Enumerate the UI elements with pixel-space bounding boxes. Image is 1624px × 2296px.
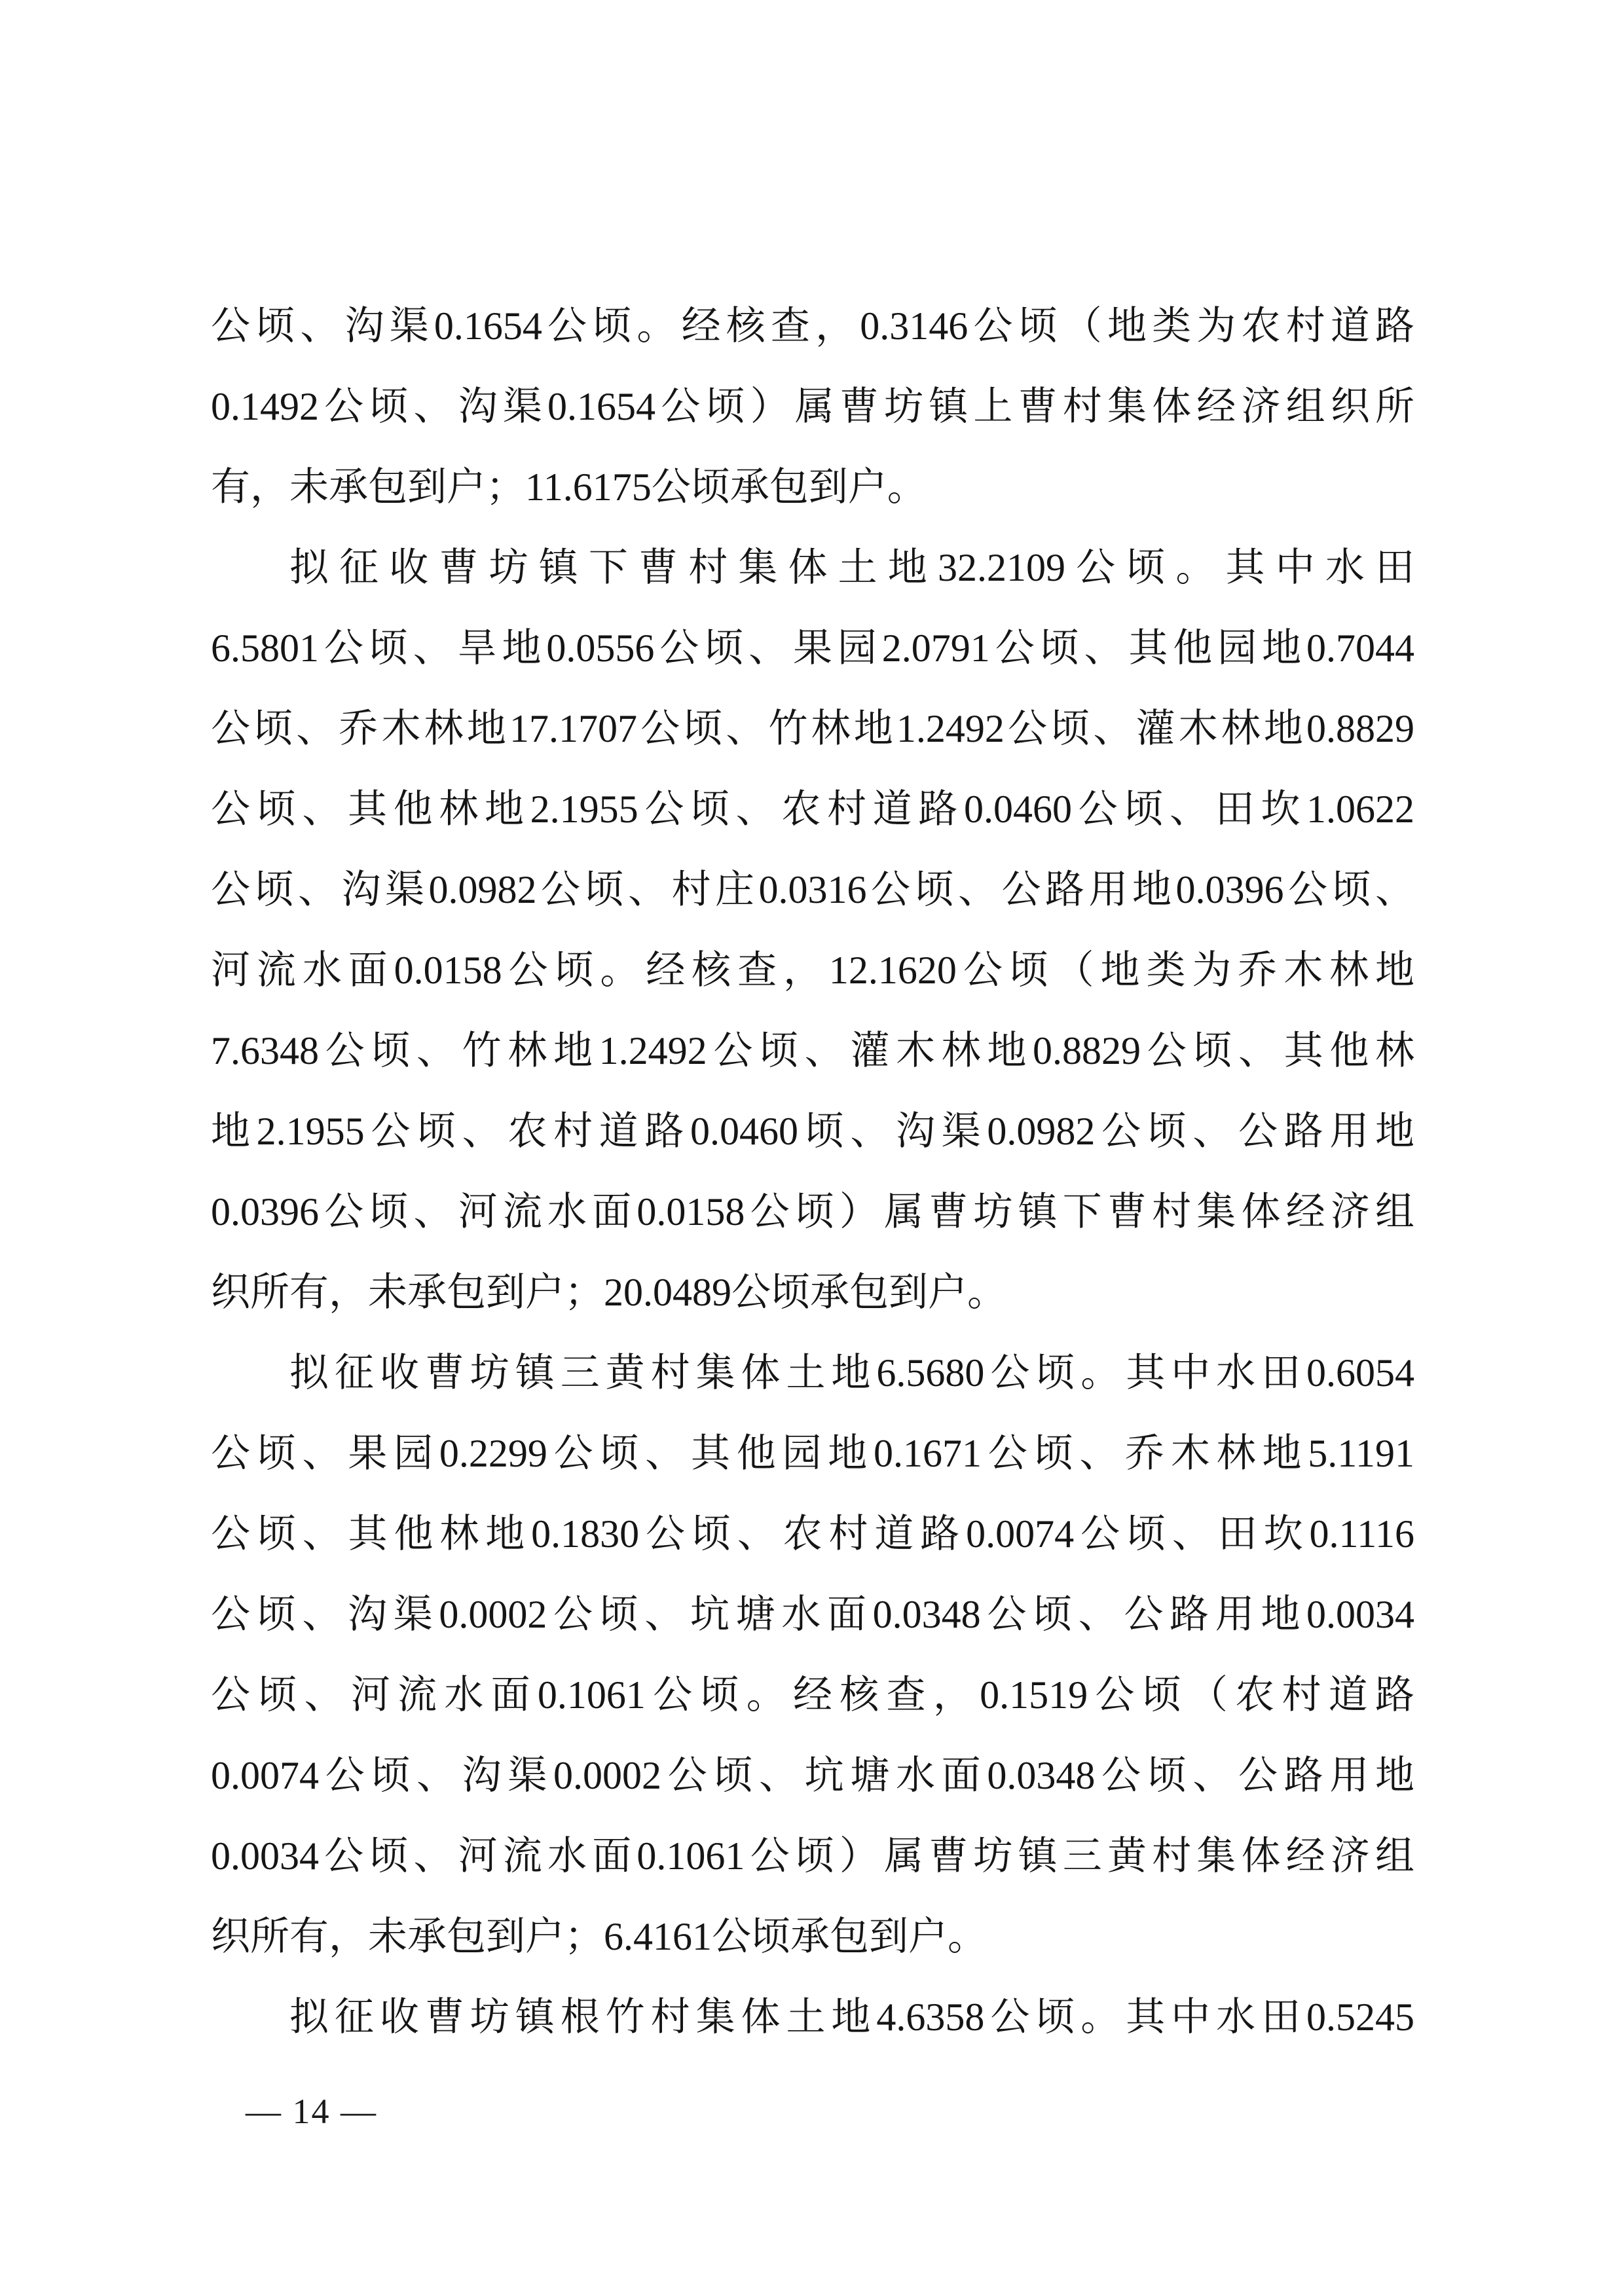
text-line: 7.6348公顷、竹林地1.2492公顷、灌木林地0.8829公顷、其他林 — [211, 1011, 1414, 1091]
text-line: 公顷、河流水面0.1061公顷。经核查，0.1519公顷（农村道路 — [211, 1655, 1414, 1736]
document-page: 公顷、沟渠0.1654公顷。经核查，0.3146公顷（地类为农村道路0.1492… — [0, 0, 1624, 2296]
text-line: 0.0074公顷、沟渠0.0002公顷、坑塘水面0.0348公顷、公路用地 — [211, 1736, 1414, 1816]
text-line: 公顷、果园0.2299公顷、其他园地0.1671公顷、乔木林地5.1191 — [211, 1413, 1414, 1494]
text-line: 地2.1955公顷、农村道路0.0460顷、沟渠0.0982公顷、公路用地 — [211, 1091, 1414, 1172]
text-line: 0.0034公顷、河流水面0.1061公顷）属曹坊镇三黄村集体经济组 — [211, 1816, 1414, 1897]
page-number-footer: — 14 — — [246, 2092, 377, 2130]
text-line: 织所有，未承包到户；6.4161公顷承包到户。 — [211, 1897, 1414, 1977]
text-line: 拟征收曹坊镇下曹村集体土地32.2109公顷。其中水田 — [211, 528, 1414, 608]
text-line: 织所有，未承包到户；20.0489公顷承包到户。 — [211, 1252, 1414, 1333]
text-line: 公顷、其他林地0.1830公顷、农村道路0.0074公顷、田坎0.1116 — [211, 1494, 1414, 1575]
text-line: 6.5801公顷、旱地0.0556公顷、果园2.0791公顷、其他园地0.704… — [211, 608, 1414, 689]
text-line: 公顷、沟渠0.0982公顷、村庄0.0316公顷、公路用地0.0396公顷、 — [211, 850, 1414, 930]
text-line: 0.0396公顷、河流水面0.0158公顷）属曹坊镇下曹村集体经济组 — [211, 1172, 1414, 1252]
text-line: 有，未承包到户；11.6175公顷承包到户。 — [211, 447, 1414, 528]
text-line: 公顷、沟渠0.0002公顷、坑塘水面0.0348公顷、公路用地0.0034 — [211, 1575, 1414, 1655]
text-line: 公顷、乔木林地17.1707公顷、竹林地1.2492公顷、灌木林地0.8829 — [211, 689, 1414, 769]
text-line: 公顷、其他林地2.1955公顷、农村道路0.0460公顷、田坎1.0622 — [211, 769, 1414, 850]
text-line: 0.1492公顷、沟渠0.1654公顷）属曹坊镇上曹村集体经济组织所 — [211, 367, 1414, 447]
text-line: 拟征收曹坊镇三黄村集体土地6.5680公顷。其中水田0.6054 — [211, 1333, 1414, 1413]
text-line: 河流水面0.0158公顷。经核查，12.1620公顷（地类为乔木林地 — [211, 930, 1414, 1011]
text-line: 公顷、沟渠0.1654公顷。经核查，0.3146公顷（地类为农村道路 — [211, 286, 1414, 367]
document-text-block: 公顷、沟渠0.1654公顷。经核查，0.3146公顷（地类为农村道路0.1492… — [211, 286, 1414, 2058]
text-line: 拟征收曹坊镇根竹村集体土地4.6358公顷。其中水田0.5245 — [211, 1977, 1414, 2058]
